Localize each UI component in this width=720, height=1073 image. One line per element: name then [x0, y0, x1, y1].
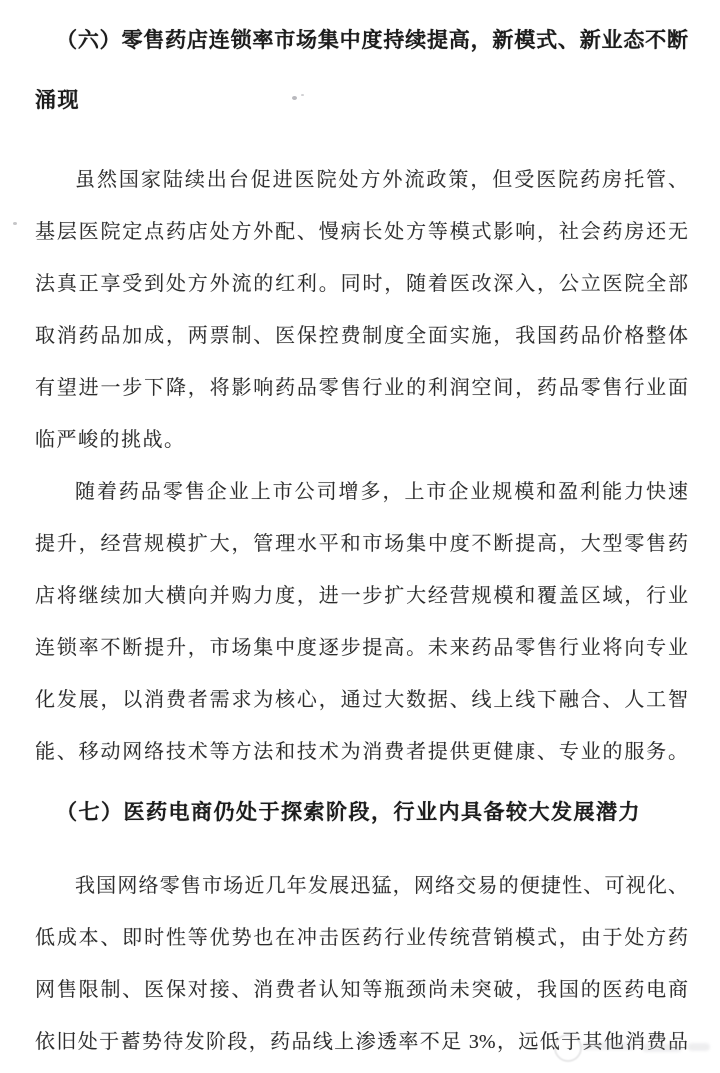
paragraph-line: 随着药品零售企业上市公司增多，上市企业规模和盈利能力快速	[35, 466, 688, 518]
heading-line: （七）医药电商仍处于探索阶段，行业内具备较大发展潜力	[35, 784, 688, 840]
paragraph-line: 基层医院定点药店处方外配、慢病长处方等模式影响，社会药房还无	[35, 206, 688, 258]
paragraph-line: 低成本、即时性等优势也在冲击医药行业传统营销模式，由于处方药	[35, 912, 688, 964]
watermark-illegible-text	[688, 1043, 710, 1051]
section-6-heading: （六）零售药店连锁率市场集中度持续提高，新模式、新业态不断涌现	[35, 10, 688, 130]
scan-speck	[13, 222, 17, 225]
document-body: （六）零售药店连锁率市场集中度持续提高，新模式、新业态不断涌现虽然国家陆续出台促…	[35, 10, 688, 1068]
paragraph-line: 临严峻的挑战。	[35, 414, 688, 466]
paragraph-line: 取消药品加成，两票制、医保控费制度全面实施，我国药品价格整体	[35, 310, 688, 362]
para-3: 我国网络零售市场近几年发展迅猛，网络交易的便捷性、可视化、低成本、即时性等优势也…	[35, 860, 688, 1068]
paragraph-line: 法真正享受到处方外流的红利。同时，随着医改深入，公立医院全部	[35, 258, 688, 310]
paragraph-line: 能、移动网络技术等方法和技术为消费者提供更健康、专业的服务。	[35, 726, 688, 778]
section-7-heading: （七）医药电商仍处于探索阶段，行业内具备较大发展潜力	[35, 784, 688, 840]
paragraph-line: 依旧处于蓄势待发阶段，药品线上渗透率不足 3%，远低于其他消费品	[35, 1016, 688, 1068]
paragraph-line: 化发展，以消费者需求为核心，通过大数据、线上线下融合、人工智	[35, 674, 688, 726]
heading-line: （六）零售药店连锁率市场集中度持续提高，新模式、新业态不断	[35, 10, 688, 70]
paragraph-line: 虽然国家陆续出台促进医院处方外流政策，但受医院药房托管、	[35, 154, 688, 206]
para-1: 虽然国家陆续出台促进医院处方外流政策，但受医院药房托管、基层医院定点药店处方外配…	[35, 154, 688, 466]
paragraph-line: 网售限制、医保对接、消费者认知等瓶颈尚未突破，我国的医药电商	[35, 964, 688, 1016]
paragraph-line: 连锁率不断提升，市场集中度逐步提高。未来药品零售行业将向专业	[35, 622, 688, 674]
paragraph-line: 我国网络零售市场近几年发展迅猛，网络交易的便捷性、可视化、	[35, 860, 688, 912]
paragraph-line: 有望进一步下降，将影响药品零售行业的利润空间，药品零售行业面	[35, 362, 688, 414]
heading-line: 涌现	[35, 70, 688, 130]
scan-speck	[292, 96, 297, 100]
paragraph-line: 店将继续加大横向并购力度，进一步扩大经营规模和覆盖区域，行业	[35, 570, 688, 622]
para-2: 随着药品零售企业上市公司增多，上市企业规模和盈利能力快速提升，经营规模扩大，管理…	[35, 466, 688, 778]
paragraph-line: 提升，经营规模扩大，管理水平和市场集中度不断提高，大型零售药	[35, 518, 688, 570]
